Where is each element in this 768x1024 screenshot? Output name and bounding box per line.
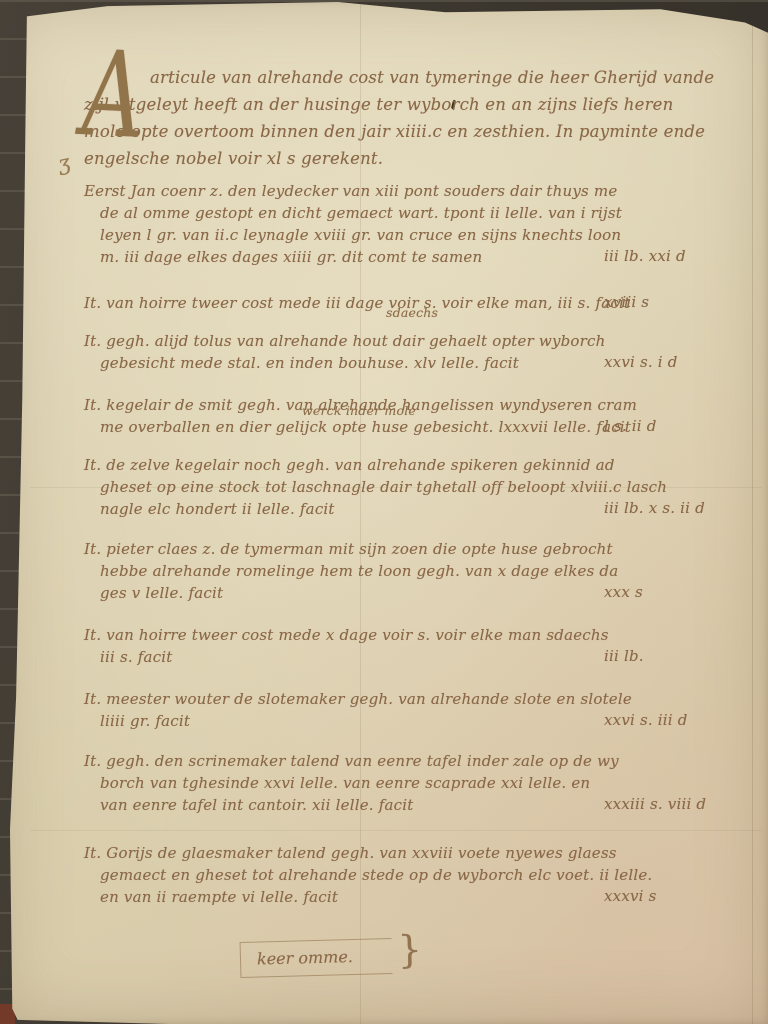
turn-over-note: keer omme. }: [240, 938, 393, 978]
entry-line: iii s. facit: [84, 646, 648, 668]
decorative-initial: A: [81, 34, 145, 155]
account-entry: It. meester wouter de slotemaker gegh. v…: [84, 688, 760, 732]
manuscript-page: A ʒ articule van alrehande cost van tyme…: [0, 0, 768, 1024]
account-entry: It. van hoirre tweer cost mede x dage vo…: [84, 624, 760, 668]
entry-line: It. van hoirre tweer cost mede x dage vo…: [84, 624, 632, 646]
turn-over-text: keer omme.: [257, 947, 353, 969]
margin-amount: xxvi s. i d: [604, 351, 756, 373]
entry-line: gemaect en gheset tot alrehande stede op…: [84, 864, 648, 886]
entry-line: It. Gorijs de glaesmaker talend gegh. va…: [84, 842, 632, 864]
entry-line: nagle elc hondert ii lelle. facit: [84, 498, 648, 520]
entry-line: It. gegh. alijd tolus van alrehande hout…: [84, 330, 632, 352]
heading-line: articule van alrehande cost van tymering…: [84, 64, 760, 91]
margin-amount: xxxvi s: [604, 885, 756, 907]
heading-line: engelsche nobel voir xl s gerekent.: [84, 145, 760, 172]
account-entry: It. de zelve kegelair noch gegh. van alr…: [84, 454, 760, 520]
entry-line: gheset op eine stock tot laschnagle dair…: [84, 476, 648, 498]
entry-line: leyen l gr. van ii.c leynagle xviii gr. …: [84, 224, 648, 246]
margin-amount: iii lb.: [604, 645, 756, 667]
account-entry: Eerst Jan coenr z. den leydecker van xii…: [84, 180, 760, 268]
account-entry: It. pieter claes z. de tymerman mit sijn…: [84, 538, 760, 604]
account-entry: sdaechs It. van hoirre tweer cost mede i…: [84, 292, 760, 314]
margin-amount: xxxiii s. viii d: [604, 793, 756, 815]
curly-bracket-mark: }: [397, 930, 422, 969]
entry-line: m. iii dage elkes dages xiiii gr. dit co…: [84, 246, 648, 268]
entry-line: borch van tghesinde xxvi lelle. van eenr…: [84, 772, 648, 794]
entry-line: Eerst Jan coenr z. den leydecker van xii…: [84, 180, 632, 202]
account-entry: werck inder mole It. kegelair de smit ge…: [84, 394, 760, 438]
manuscript-text-block: A ʒ articule van alrehande cost van tyme…: [84, 64, 760, 976]
margin-amount: l s. ii d: [604, 415, 756, 437]
entry-line: van eenre tafel int cantoir. xii lelle. …: [84, 794, 648, 816]
margin-amount: iii lb. x s. ii d: [604, 497, 756, 519]
margin-paraph-mark: ʒ: [55, 149, 72, 178]
margin-amount: iii lb. xxi d: [604, 245, 756, 267]
entry-line: It. de zelve kegelair noch gegh. van alr…: [84, 454, 632, 476]
entry-line: It. van hoirre tweer cost mede iii dage …: [84, 292, 632, 314]
entry-line: It. gegh. den scrinemaker talend van een…: [84, 750, 632, 772]
entry-line: It. pieter claes z. de tymerman mit sijn…: [84, 538, 632, 560]
entry-line: en van ii raempte vi lelle. facit: [84, 886, 648, 908]
interlinear-insertion: werck inder mole: [302, 400, 416, 422]
account-entry: It. gegh. den scrinemaker talend van een…: [84, 750, 760, 816]
account-entry: It. gegh. alijd tolus van alrehande hout…: [84, 330, 760, 374]
heading-line: zijl wtgeleyt heeft an der husinge ter w…: [84, 91, 760, 118]
entry-line: It. meester wouter de slotemaker gegh. v…: [84, 688, 632, 710]
heading-line: mole opte overtoom binnen den jair xiiii…: [84, 118, 760, 145]
entry-line: de al omme gestopt en dicht gemaect wart…: [84, 202, 648, 224]
entry-line: gebesicht mede stal. en inden bouhuse. x…: [84, 352, 648, 374]
entry-line: ges v lelle. facit: [84, 582, 648, 604]
entry-line: hebbe alrehande romelinge hem te loon ge…: [84, 560, 648, 582]
heading-paragraph: A ʒ articule van alrehande cost van tyme…: [84, 64, 760, 172]
interlinear-insertion: sdaechs: [386, 302, 438, 324]
margin-amount: xxvi s. iii d: [604, 709, 756, 731]
photo-background: A ʒ articule van alrehande cost van tyme…: [0, 0, 768, 1024]
margin-amount: xviii s: [604, 291, 756, 313]
margin-amount: xxx s: [604, 581, 756, 603]
account-entry: It. Gorijs de glaesmaker talend gegh. va…: [84, 842, 760, 908]
entry-line: liiii gr. facit: [84, 710, 648, 732]
